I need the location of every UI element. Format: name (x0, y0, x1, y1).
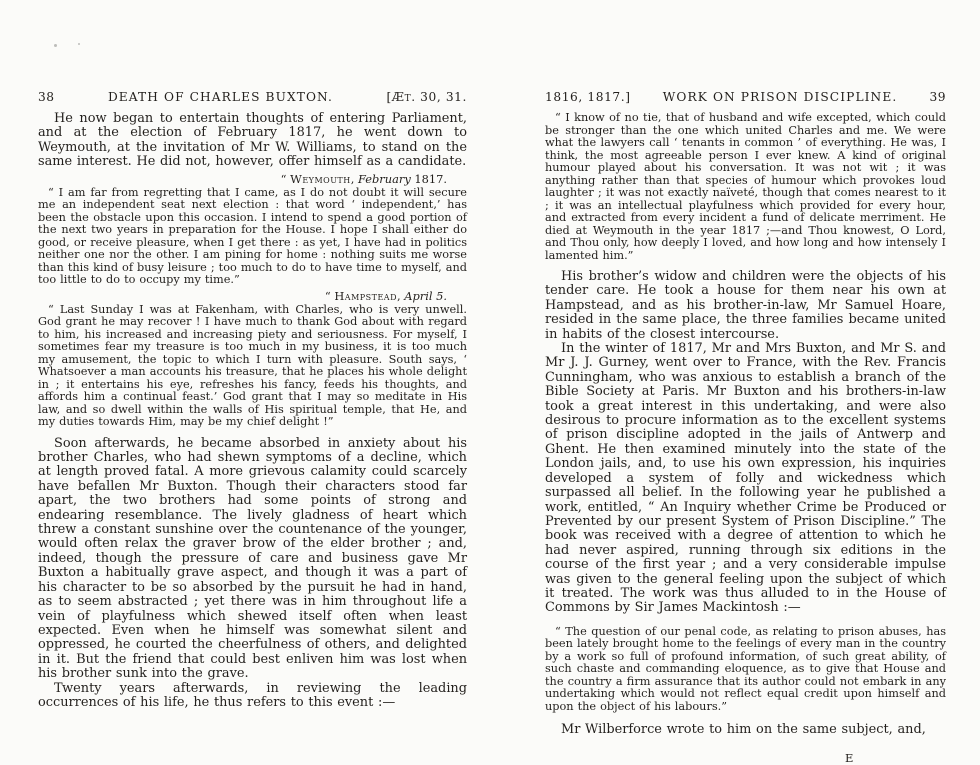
page-right: 1816, 1817.] WORK ON PRISON DISCIPLINE. … (545, 90, 946, 765)
right-running-head: 1816, 1817.] WORK ON PRISON DISCIPLINE. … (545, 90, 946, 104)
quote-mackintosh: “ The question of our penal code, as rel… (545, 626, 946, 714)
paragraph-winter-1817: In the winter of 1817, Mr and Mrs Buxton… (545, 342, 946, 616)
dateline-open-quote: “ (325, 289, 334, 303)
printer-signature-mark: E (845, 751, 946, 765)
paragraph-brother-decline: Soon afterwards, he became absorbed in a… (38, 437, 467, 682)
dateline-comma: , (351, 172, 358, 186)
right-page-number: 39 (929, 90, 946, 104)
page-left: 38 DEATH OF CHARLES BUXTON. [Æt. 30, 31.… (38, 90, 467, 710)
letter-dateline-hampstead: “ Hampstead, April 5. (38, 290, 447, 303)
dateline-place: Weymouth (290, 172, 351, 186)
scan-speck (54, 44, 57, 47)
dateline-date: February (358, 172, 411, 186)
paragraph-twenty-years: Twenty years afterwards, in reviewing th… (38, 682, 467, 711)
book-spread: 38 DEATH OF CHARLES BUXTON. [Æt. 30, 31.… (0, 0, 980, 765)
paragraph-parliament: He now began to entertain thoughts of en… (38, 112, 467, 170)
paragraph-widow-children: His brother’s widow and children were th… (545, 270, 946, 342)
left-age-note: [Æt. 30, 31. (386, 90, 467, 104)
dateline-year: 1817. (411, 172, 447, 186)
letter-quote-weymouth: “ I am far from regretting that I came, … (38, 187, 467, 287)
dateline-place: Hampstead (334, 289, 397, 303)
left-running-head: 38 DEATH OF CHARLES BUXTON. [Æt. 30, 31. (38, 90, 467, 104)
dateline-open-quote: “ (281, 172, 290, 186)
paragraph-wilberforce: Mr Wilberforce wrote to him on the same … (545, 723, 946, 737)
quote-no-tie: “ I know of no tie, that of husband and … (545, 112, 946, 262)
letter-quote-fakenham: “ Last Sunday I was at Fakenham, with Ch… (38, 304, 467, 429)
letter-dateline-weymouth: “ Weymouth, February 1817. (38, 173, 447, 186)
right-date-note: 1816, 1817.] (545, 90, 631, 104)
right-running-title: WORK ON PRISON DISCIPLINE. (631, 90, 930, 104)
dateline-date: April 5. (404, 289, 447, 303)
left-page-number: 38 (38, 90, 55, 104)
left-running-title: DEATH OF CHARLES BUXTON. (55, 90, 387, 104)
scan-speck (78, 43, 80, 45)
